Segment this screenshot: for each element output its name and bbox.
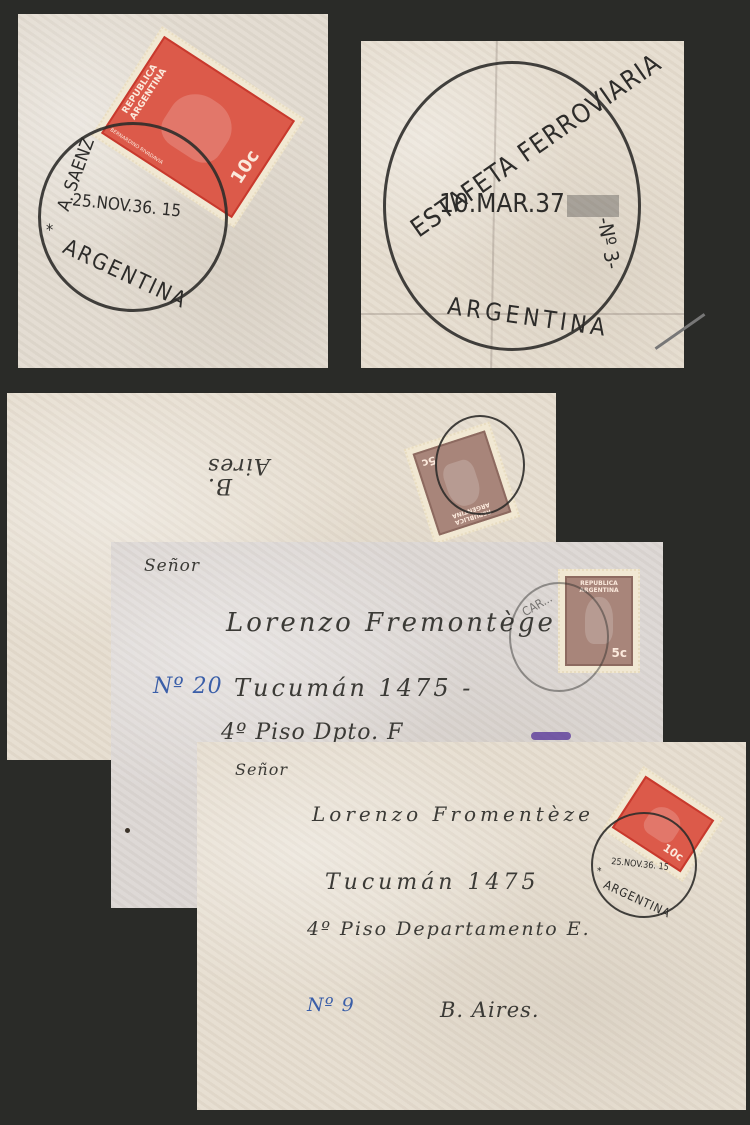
house-number: Nº 9	[307, 994, 355, 1016]
floor-line: 4º Piso Departamento E.	[307, 918, 591, 940]
detail-panel-left: REPUBLICA ARGENTINA 10c BERNARDINO RIVAD…	[18, 14, 328, 368]
postmark-circle	[435, 415, 525, 515]
postmark-circle	[509, 582, 609, 692]
postmark-date: 10.MAR.37	[439, 189, 565, 219]
recipient-name: Lorenzo Fremontège	[226, 608, 556, 638]
postmark-time-block	[567, 195, 619, 217]
envelope-front: Señor Lorenzo Fromentèze Tucumán 1475 4º…	[197, 742, 746, 1110]
paper-spot	[125, 828, 130, 833]
stamp-value: 10c	[227, 147, 264, 188]
recipient-name: Lorenzo Fromentèze	[312, 802, 594, 826]
street-address: Tucumán 1475	[325, 870, 539, 895]
street-address: Tucumán 1475 -	[234, 674, 473, 702]
stamp-value: 5c	[612, 646, 627, 660]
salutation: Señor	[235, 760, 288, 779]
address-line: Aires	[207, 453, 270, 478]
salutation: Señor	[144, 556, 200, 576]
city: B. Aires.	[440, 998, 540, 1022]
purple-ink-mark	[531, 732, 571, 740]
detail-panel-right: ESTAFETA FERROVIARIA 10.MAR.37 ARGENTINA…	[361, 41, 684, 368]
postmark-star: *	[597, 866, 602, 877]
postmark-star: *	[46, 220, 53, 239]
house-number: Nº 20	[153, 674, 223, 699]
